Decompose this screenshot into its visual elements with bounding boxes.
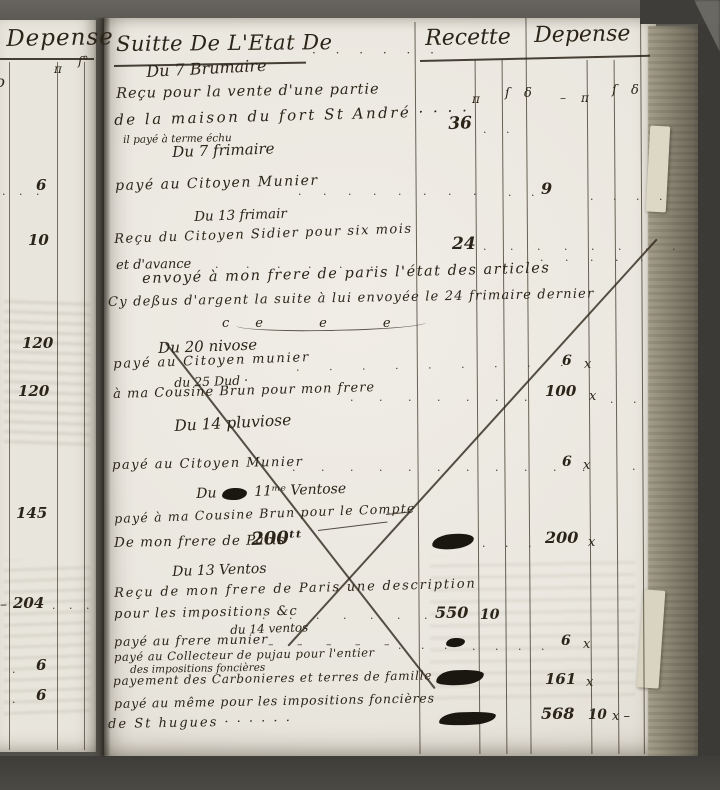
depense-amount: 100 (545, 384, 576, 399)
recette-amount: 24 (452, 236, 476, 253)
leader-dots: · · · · · · · · (298, 188, 485, 201)
date-heading: 11ᵐᵉ Ventose (254, 482, 346, 499)
bottom-shadow (0, 756, 720, 790)
depense-unit-livres: π (581, 92, 589, 104)
paid-mark: x (589, 390, 596, 403)
recette-amount-sous: 10 (480, 608, 499, 622)
column-line (84, 62, 85, 750)
margin-amount: 204 (13, 596, 44, 611)
date-heading: Du 7 frimaire (172, 141, 275, 160)
ledger-entry: 200ᵗᵗ (251, 529, 303, 549)
prev-unit-sous: ſ° (78, 55, 88, 67)
date-heading: Du 13 Ventos (172, 562, 267, 579)
leader-dots: · · · · (472, 643, 552, 656)
paid-mark: x (583, 459, 590, 472)
margin-amount: 6 (36, 178, 46, 193)
margin-amount: 10 (28, 233, 49, 248)
recette-column-header: Recette (425, 27, 511, 50)
paid-mark: x (586, 676, 593, 689)
depense-amount: 568 (541, 706, 574, 722)
ledger-entry: payé au frere munier (114, 633, 268, 648)
ledger-entry: de St hugues · · · · · · (108, 715, 292, 731)
paid-mark: x – (612, 710, 630, 723)
page-title: Suitte De L'Etat De (116, 32, 333, 55)
recette-unit-livres: π (472, 93, 480, 105)
date-heading: Du (196, 486, 217, 501)
depense-amount: 9 (541, 181, 552, 197)
recette-amount: 36 (448, 115, 472, 133)
margin-dots: · (12, 696, 24, 709)
leader-dots: · · (610, 396, 645, 409)
depense-amount: 161 (545, 672, 576, 687)
edge-flourish: ɔ (0, 74, 5, 90)
leader-dots: · (632, 463, 644, 476)
margin-amount: 6 (36, 688, 46, 703)
prev-page-column-header: Depense (6, 26, 114, 51)
depense-amount: 200 (545, 530, 578, 546)
paid-mark: x (584, 358, 591, 371)
leader-dots: · · (483, 126, 518, 139)
ledger-photo: { "prev_page": { "column_header": "Depen… (0, 0, 720, 790)
leader-dots: · · · (482, 540, 539, 553)
paid-mark: x (583, 638, 590, 651)
unit-dash: – (560, 92, 566, 104)
depense-amount: 6 (561, 634, 571, 648)
prev-unit-livres: π (54, 63, 62, 75)
depense-unit-sous: ſ δ (612, 84, 644, 97)
recette-unit-sous: ſ δ (505, 87, 537, 100)
date-heading: Du 13 frimair (194, 208, 287, 225)
leader-dots: · · · · (590, 193, 670, 206)
margin-amount: 120 (18, 384, 49, 399)
paid-mark: x (588, 536, 595, 549)
background-right (698, 0, 720, 790)
margin-dash: – (0, 598, 7, 612)
depense-amount: 6 (562, 354, 572, 368)
margin-amount: 145 (16, 506, 47, 521)
depense-amount: 6 (562, 455, 572, 469)
depense-column-header: Depense (534, 23, 631, 47)
depense-amount-sous: 10 (588, 709, 607, 723)
margin-amount: 120 (22, 336, 53, 351)
gutter-shadow (94, 18, 110, 756)
margin-amount: 6 (36, 658, 46, 673)
leader-dots: · · (508, 189, 543, 202)
column-line (57, 62, 58, 750)
ledger-entry: payé au Citoyen Munier (112, 456, 304, 472)
margin-dots: · (12, 666, 24, 679)
recette-amount: 550 (435, 605, 468, 621)
column-line (9, 62, 10, 750)
margin-dots: · · · (52, 602, 94, 615)
title-leader-dots: · · · · · · (312, 46, 442, 60)
